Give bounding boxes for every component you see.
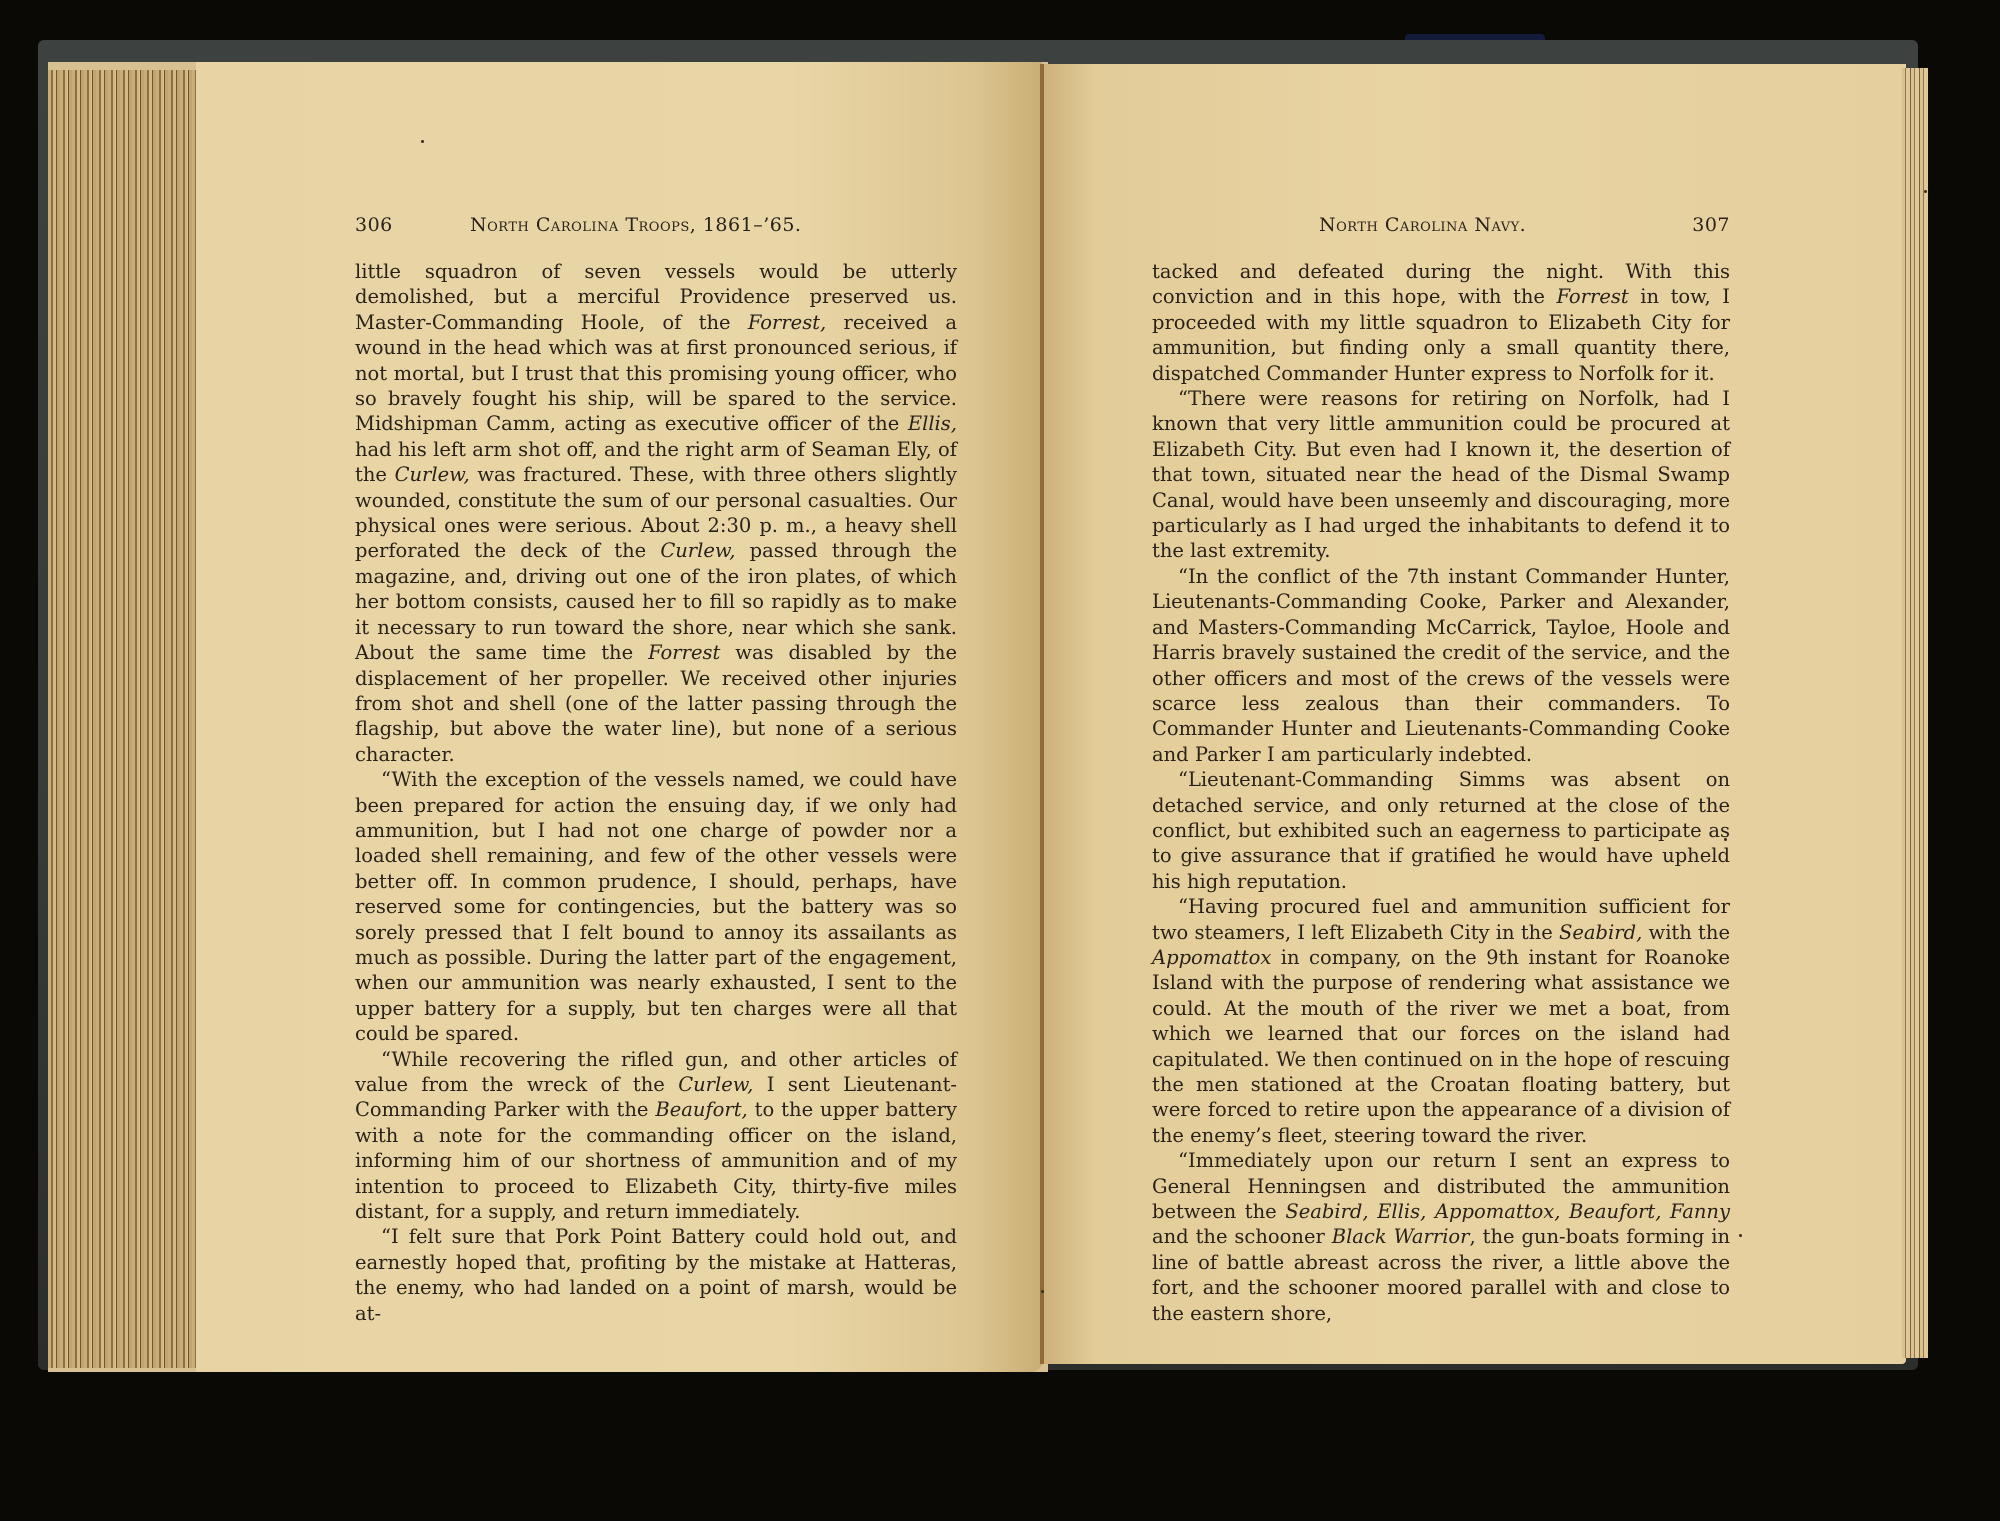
paragraph: “Immediately upon our return I sent an e… — [1152, 1148, 1730, 1326]
paper-speck — [1924, 190, 1927, 193]
vessel-name: Curlew, — [678, 1073, 753, 1096]
vessel-name: Black Warrior — [1332, 1225, 1470, 1248]
text-run: “In the conflict of the 7th instant Comm… — [1152, 565, 1730, 766]
text-run: with the — [1642, 921, 1730, 944]
left-page-body: little squadron of seven vessels would b… — [355, 259, 957, 1326]
paragraph: “I felt sure that Pork Point Battery cou… — [355, 1224, 957, 1326]
paragraph: “Having procured fuel and ammunition suf… — [1152, 894, 1730, 1148]
right-page-text: North Carolina Navy. 307 tacked and defe… — [1152, 213, 1730, 1326]
vessel-name: Forrest — [648, 641, 720, 664]
left-page-text: 306 North Carolina Troops, 1861–’65. lit… — [355, 213, 957, 1326]
text-run: “Lieutenant-Commanding Simms was absent … — [1152, 768, 1730, 893]
text-run: “There were reasons for retiring on Norf… — [1152, 387, 1730, 562]
paragraph: “There were reasons for retiring on Norf… — [1152, 386, 1730, 564]
vessel-name: Forrest — [1556, 285, 1628, 308]
vessel-name: Forrest, — [748, 311, 826, 334]
book-gutter — [1040, 64, 1044, 1364]
running-head-title-right: North Carolina Navy. — [1319, 213, 1526, 238]
vessel-name: Appomattox — [1152, 946, 1271, 969]
text-run: “With the exception of the vessels named… — [355, 768, 957, 1045]
text-run: in company, on the 9th instant for Roano… — [1152, 946, 1730, 1147]
right-page-edges — [1902, 68, 1928, 1358]
right-running-head: North Carolina Navy. 307 — [1152, 213, 1730, 259]
right-page-body: tacked and defeated during the night. Wi… — [1152, 259, 1730, 1326]
book-photo-scene: 306 North Carolina Troops, 1861–’65. lit… — [0, 0, 2000, 1521]
paragraph: “While recovering the rifled gun, and ot… — [355, 1047, 957, 1225]
text-run: “I felt sure that Pork Point Battery cou… — [355, 1225, 957, 1324]
vessel-name: Curlew, — [660, 539, 735, 562]
paragraph: “In the conflict of the 7th instant Comm… — [1152, 564, 1730, 767]
left-page-edges — [48, 70, 200, 1368]
page-number-right: 307 — [1692, 213, 1730, 238]
page-number-left: 306 — [355, 213, 393, 238]
paper-speck — [421, 140, 424, 143]
paragraph: “Lieutenant-Commanding Simms was absent … — [1152, 767, 1730, 894]
text-run: and the schooner — [1152, 1225, 1332, 1248]
vessel-name: Curlew, — [395, 463, 470, 486]
vessel-name: Seabird, Ellis, Appomattox, Beaufort, Fa… — [1285, 1200, 1730, 1223]
left-running-head: 306 North Carolina Troops, 1861–’65. — [355, 213, 957, 259]
vessel-name: Seabird, — [1559, 921, 1642, 944]
vessel-name: Ellis, — [908, 412, 957, 435]
paper-speck — [1739, 1234, 1742, 1237]
paragraph: tacked and defeated during the night. Wi… — [1152, 259, 1730, 386]
running-head-title-left: North Carolina Troops, 1861–’65. — [470, 213, 801, 238]
paper-speck — [1041, 1290, 1044, 1293]
paragraph: little squadron of seven vessels would b… — [355, 259, 957, 767]
paragraph: “With the exception of the vessels named… — [355, 767, 957, 1046]
vessel-name: Beaufort, — [655, 1098, 747, 1121]
